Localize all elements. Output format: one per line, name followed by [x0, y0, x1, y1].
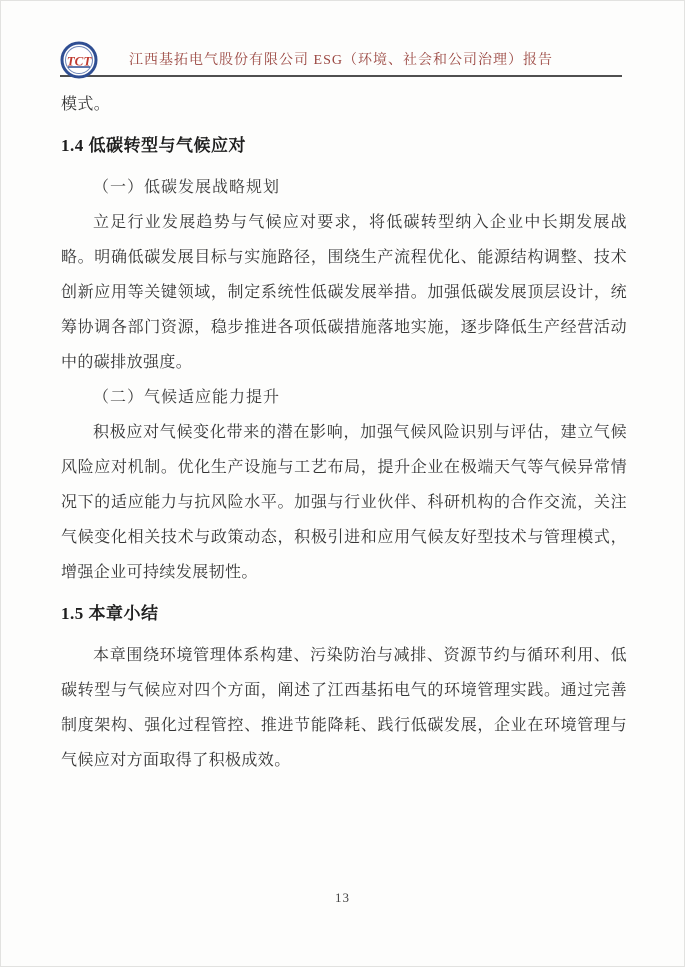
- logo-letters: TCT: [67, 54, 93, 69]
- section-heading-1-5: 1.5 本章小结: [61, 599, 627, 629]
- document-page: TCT 江西基拓电气股份有限公司 ESG（环境、社会和公司治理）报告 模式。 1…: [0, 0, 685, 967]
- section-heading-1-4: 1.4 低碳转型与气候应对: [61, 131, 627, 161]
- paragraph-continuation: 模式。: [61, 87, 627, 122]
- paragraph-chapter-summary: 本章围绕环境管理体系构建、污染防治与减排、资源节约与循环利用、低碳转型与气候应对…: [61, 638, 627, 778]
- page-header: TCT 江西基拓电气股份有限公司 ESG（环境、社会和公司治理）报告: [60, 41, 622, 77]
- document-body: 模式。 1.4 低碳转型与气候应对 （一）低碳发展战略规划 立足行业发展趋势与气…: [61, 87, 627, 778]
- company-logo-icon: TCT: [60, 41, 98, 79]
- report-header-title: 江西基拓电气股份有限公司 ESG（环境、社会和公司治理）报告: [60, 49, 622, 69]
- paragraph-climate-adaptation: 积极应对气候变化带来的潜在影响，加强气候风险识别与评估，建立气候风险应对机制。优…: [61, 415, 627, 590]
- subheading-climate-adaptation: （二）气候适应能力提升: [61, 380, 627, 415]
- page-number: 13: [1, 890, 684, 906]
- paragraph-low-carbon-strategy: 立足行业发展趋势与气候应对要求，将低碳转型纳入企业中长期发展战略。明确低碳发展目…: [61, 205, 627, 380]
- subheading-low-carbon-strategy: （一）低碳发展战略规划: [61, 170, 627, 205]
